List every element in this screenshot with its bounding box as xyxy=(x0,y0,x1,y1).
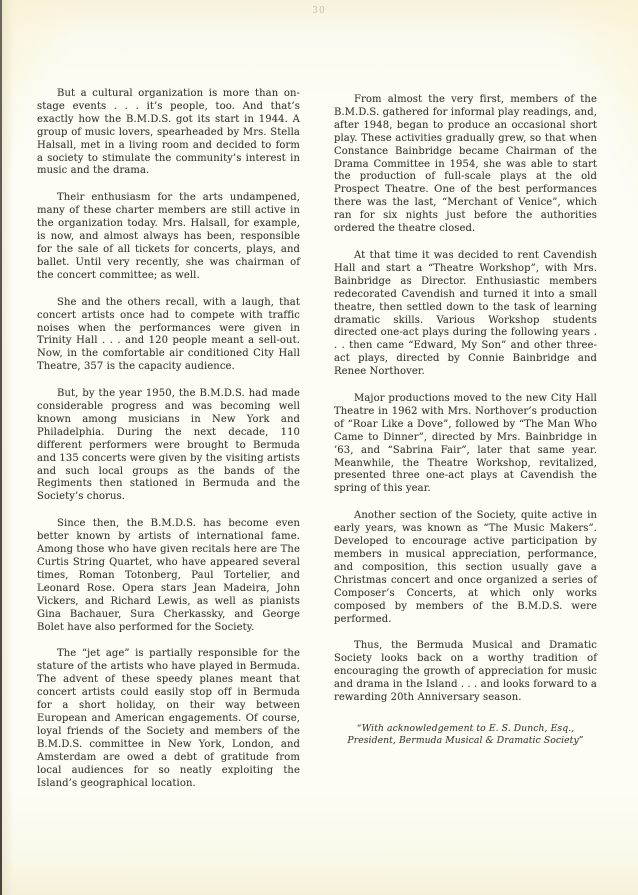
scan-edge-shade xyxy=(2,0,14,895)
paragraph: But a cultural organization is more than… xyxy=(37,88,300,178)
acknowledgement: “With acknowledgement to E. S. Dunch, Es… xyxy=(334,723,597,748)
paragraph: The “jet age” is partially responsible f… xyxy=(37,648,300,790)
acknowledgement-line-1: “With acknowledgement to E. S. Dunch, Es… xyxy=(334,723,597,736)
paragraph: Another section of the Society, quite ac… xyxy=(334,510,597,626)
paragraph: Thus, the Bermuda Musical and Dramatic S… xyxy=(334,640,597,705)
paragraph: But, by the year 1950, the B.M.D.S. had … xyxy=(37,388,300,504)
left-column: But a cultural organization is more than… xyxy=(37,88,300,804)
paragraph: Their enthusiasm for the arts undampened… xyxy=(37,192,300,282)
paragraph: At that time it was decided to rent Cave… xyxy=(334,250,597,379)
paragraph: Major productions moved to the new City … xyxy=(334,393,597,496)
page-number: 30 xyxy=(0,6,638,16)
paragraph: She and the others recall, with a laugh,… xyxy=(37,297,300,374)
right-column: From almost the very first, members of t… xyxy=(334,94,597,748)
paragraph: Since then, the B.M.D.S. has become even… xyxy=(37,518,300,634)
paragraph: From almost the very first, members of t… xyxy=(334,94,597,236)
scanned-program-page: 30 But a cultural organization is more t… xyxy=(0,0,638,895)
acknowledgement-line-2: President, Bermuda Musical & Dramatic So… xyxy=(334,735,597,748)
